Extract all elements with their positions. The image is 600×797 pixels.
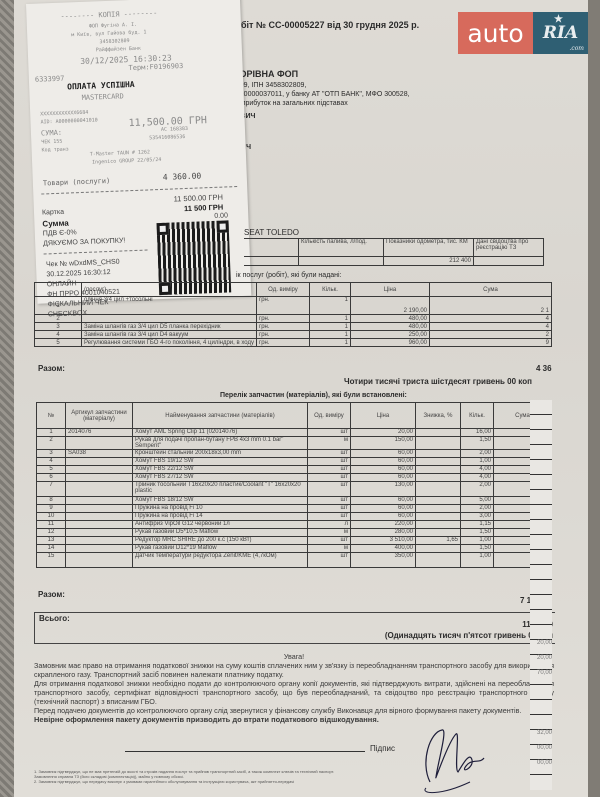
vehicle-table: Кількість палива, л/под. Показники одоме… (244, 238, 544, 266)
service-row: 2грн.1480,004 (35, 315, 552, 323)
part-price: 60,00 (351, 513, 416, 521)
part-price: 220,00 (351, 521, 416, 529)
invoice-title: біт № СС-00005227 від 30 грудня 2025 р. (241, 20, 419, 30)
part-no: 3 (37, 450, 66, 458)
edge-value (530, 475, 552, 490)
edge-value (530, 610, 552, 625)
service-name (82, 315, 257, 323)
part-price: 280,00 (351, 529, 416, 537)
part-name: Рукав для подачі пропан-бутану FPB 4x3 m… (133, 437, 308, 450)
signature-line (125, 751, 365, 752)
edge-value (530, 535, 552, 550)
service-sum: 2 (430, 331, 552, 339)
edge-value (530, 565, 552, 580)
seller-name: ІГОРІВНА ФОП (232, 70, 410, 79)
part-price: 350,00 (351, 553, 416, 568)
background-right (586, 0, 600, 797)
part-unit: шт (308, 553, 351, 568)
part-unit: м (308, 437, 351, 450)
part-unit: м (308, 529, 351, 537)
part-row: 6Хомут FBS 27/12 SWшт60,004,002 (37, 474, 552, 482)
part-qty: 1,00 (461, 537, 494, 545)
edge-value: 70,00 (530, 670, 552, 685)
part-price: 130,00 (351, 482, 416, 497)
part-row: 12014076Хомут AML Spring Clip 11 (020140… (37, 429, 552, 437)
part-no: 10 (37, 513, 66, 521)
part-disc (416, 437, 461, 450)
service-row: 4Заміна шлангів газ 3/4 цил D4 вакуумгрн… (35, 331, 552, 339)
service-row: 5Регулювання системи ГБО 4-го покоління,… (35, 339, 552, 347)
edge-value (530, 685, 552, 700)
service-unit: грн. (257, 339, 310, 347)
part-disc (416, 513, 461, 521)
part-no: 14 (37, 545, 66, 553)
part-art (66, 545, 133, 553)
part-qty: 2,00 (461, 505, 494, 513)
part-name: Рукав газовий D12*19 Maflow (133, 545, 308, 553)
part-qty: 16,00 (461, 429, 494, 437)
services-table: (послуг) Од. виміру Кільк. Ціна Сума 1ол… (34, 282, 552, 347)
part-art (66, 497, 133, 505)
service-qty: 1 (310, 297, 351, 315)
part-name: Антифриз VipOil G12 червоний 1л (133, 521, 308, 529)
tax-notice: Увага! Замовник має право на отримання п… (34, 652, 554, 724)
logo-ria: ★ RIA .com (533, 12, 588, 54)
grand-total-box: Всього: 11 500,0 (Одинадцять тисяч п'ятс… (34, 612, 555, 644)
part-row: 11Антифриз VipOil G12 червоний 1лл220,00… (37, 521, 552, 529)
part-row: 2Рукав для подачі пропан-бутану FPB 4x3 … (37, 437, 552, 450)
seller-info: ІГОРІВНА ФОП 2809, ІПН 3458302809, 00800… (232, 70, 410, 108)
part-art (66, 437, 133, 450)
part-no: 7 (37, 482, 66, 497)
seller-line3: на прибуток на загальних підставах (232, 99, 410, 108)
part-row: 5Хомут FBS 22/12 SWшт60,004,002 (37, 466, 552, 474)
part-unit: л (308, 521, 351, 529)
service-unit: грн. (257, 315, 310, 323)
receipt-status: ОПЛАТА УСПІШНА (67, 80, 135, 92)
autoria-logo: auto ★ RIA .com (458, 12, 588, 54)
part-row: 10Пружина на провід Fi 14шт60,003,00 (37, 513, 552, 521)
edge-value: 00,00 (530, 745, 552, 760)
grand-total-words: (Одинадцять тисяч п'ятсот гривень 00 коп (385, 631, 553, 640)
part-art: SA038 (66, 450, 133, 458)
part-no: 9 (37, 505, 66, 513)
part-art (66, 482, 133, 497)
service-unit: грн. (257, 331, 310, 339)
part-name: Датчик температури редуктора Zenit/KME (… (133, 553, 308, 568)
part-no: 4 (37, 458, 66, 466)
part-unit: шт (308, 429, 351, 437)
odometer-value: 212 400 (384, 257, 474, 266)
part-no: 2 (37, 437, 66, 450)
part-price: 400,00 (351, 545, 416, 553)
part-name: Хомут FBS 22/12 SW (133, 466, 308, 474)
part-art (66, 537, 133, 545)
part-name: Редуктор MRC SHIRE до 200 к.с (150 кВт) (133, 537, 308, 545)
part-unit: шт (308, 505, 351, 513)
part-name: Хомут FBS 18/12 SW (133, 497, 308, 505)
notice-title: Увага! (34, 652, 554, 661)
service-unit: грн. (257, 297, 310, 315)
service-qty: 1 (310, 339, 351, 347)
service-sum: 2 1 (430, 297, 552, 315)
part-qty: 2,00 (461, 482, 494, 497)
part-price: 60,00 (351, 458, 416, 466)
part-qty: 1,50 (461, 529, 494, 537)
footnotes: 1. Замовник підтверджує, що не має прете… (34, 769, 344, 784)
service-no: 2 (35, 315, 82, 323)
part-art (66, 553, 133, 568)
part-unit: м (308, 545, 351, 553)
part-disc (416, 474, 461, 482)
part-art (66, 505, 133, 513)
service-no: 3 (35, 323, 82, 331)
services-total-words: Чотири тисячі триста шістдесят гривень 0… (344, 377, 532, 386)
part-price: 60,00 (351, 474, 416, 482)
part-row: 7Трійник тосольний T16x20x20 пластик/Coo… (37, 482, 552, 497)
part-name: Пружина на провід Fi 10 (133, 505, 308, 513)
part-art: 2014076 (66, 429, 133, 437)
edge-value: 20,00 (530, 640, 552, 655)
part-no: 11 (37, 521, 66, 529)
service-sum: 4 (430, 323, 552, 331)
part-row: 15Датчик температури редуктора Zenit/KME… (37, 553, 552, 568)
part-disc (416, 521, 461, 529)
service-no: 1 (35, 297, 82, 315)
part-disc (416, 466, 461, 474)
part-qty: 5,00 (461, 497, 494, 505)
service-unit: грн. (257, 323, 310, 331)
part-name: Рукав газовий D5*10,5 Maflow (133, 529, 308, 537)
part-unit: шт (308, 466, 351, 474)
edge-value: 00,00 (530, 760, 552, 775)
part-no: 5 (37, 466, 66, 474)
part-unit: шт (308, 537, 351, 545)
edge-value (530, 550, 552, 565)
services-caption: ік послуг (робіт), які були надані: (236, 272, 342, 279)
part-unit: шт (308, 450, 351, 458)
parts-caption: Перелік запчастин (матеріалів), які були… (220, 392, 407, 399)
service-no: 5 (35, 339, 82, 347)
part-name: Пружина на провід Fi 14 (133, 513, 308, 521)
part-no: 15 (37, 553, 66, 568)
services-total-value: 4 36 (536, 364, 552, 373)
part-row: 12Рукав газовий D5*10,5 Maflowм280,001,5… (37, 529, 552, 537)
part-no: 12 (37, 529, 66, 537)
service-name: оління 3/4 цил +тосольні (82, 297, 257, 315)
parts-total-label: Разом: (38, 590, 65, 599)
part-no: 13 (37, 537, 66, 545)
part-disc (416, 458, 461, 466)
part-art (66, 521, 133, 529)
part-qty: 1,15 (461, 521, 494, 529)
service-no: 4 (35, 331, 82, 339)
part-disc (416, 505, 461, 513)
handwritten-signature (400, 722, 490, 797)
grand-total-label: Всього: (39, 614, 70, 623)
check-number: Чек № wDxdMS_CHS0 (46, 259, 120, 269)
part-price: 60,00 (351, 505, 416, 513)
service-price: 480,00 (351, 315, 430, 323)
seller-line1: 2809, ІПН 3458302809, (232, 81, 410, 90)
part-qty: 1,50 (461, 545, 494, 553)
edge-value (530, 490, 552, 505)
service-qty: 1 (310, 323, 351, 331)
edge-value: 20,00 (530, 655, 552, 670)
service-name: Заміна шлангів газ 3/4 цил D5 планка пер… (82, 323, 257, 331)
part-qty: 4,00 (461, 474, 494, 482)
service-qty: 1 (310, 331, 351, 339)
part-name: Хомут AML Spring Clip 11 (02014076) (133, 429, 308, 437)
service-price: 2 190,00 (351, 297, 430, 315)
part-unit: шт (308, 497, 351, 505)
part-no: 1 (37, 429, 66, 437)
part-disc (416, 529, 461, 537)
part-price: 60,00 (351, 497, 416, 505)
service-price: 960,00 (351, 339, 430, 347)
part-disc (416, 497, 461, 505)
part-disc (416, 429, 461, 437)
signature-label: Підпис (370, 744, 395, 753)
part-price: 3 510,00 (351, 537, 416, 545)
part-price: 20,00 (351, 429, 416, 437)
edge-value: 32,00 (530, 730, 552, 745)
part-unit: шт (308, 513, 351, 521)
overlapping-page-edge: 20,0020,0070,0032,0000,0000,00 (530, 400, 552, 790)
part-qty: 1,00 (461, 458, 494, 466)
services-total-label: Разом: (38, 364, 65, 373)
receipt-copy: -------- КОПІЯ -------- (60, 9, 157, 21)
part-art (66, 466, 133, 474)
part-qty: 3,00 (461, 513, 494, 521)
part-row: 8Хомут FBS 18/12 SWшт60,005,00 (37, 497, 552, 505)
part-unit: шт (308, 458, 351, 466)
service-sum: 4 (430, 315, 552, 323)
edge-value (530, 580, 552, 595)
edge-value (530, 400, 552, 415)
part-row: 13Редуктор MRC SHIRE до 200 к.с (150 кВт… (37, 537, 552, 545)
part-disc (416, 482, 461, 497)
part-row: 4Хомут FBS 19/12 SWшт60,001,00 (37, 458, 552, 466)
part-qty: 2,00 (461, 450, 494, 458)
star-icon: ★ (554, 14, 563, 25)
part-no: 8 (37, 497, 66, 505)
edge-value (530, 625, 552, 640)
part-row: 3SA038Кронштейн стальний 200x18x3,00 mmш… (37, 450, 552, 458)
part-name: Кронштейн стальний 200x18x3,00 mm (133, 450, 308, 458)
part-art (66, 513, 133, 521)
part-unit: шт (308, 474, 351, 482)
service-row: 3Заміна шлангів газ 3/4 цил D5 планка пе… (35, 323, 552, 331)
part-qty: 1,50 (461, 437, 494, 450)
edge-value (530, 715, 552, 730)
service-qty: 1 (310, 315, 351, 323)
part-disc (416, 553, 461, 568)
service-price: 480,00 (351, 323, 430, 331)
part-disc (416, 545, 461, 553)
logo-auto: auto (458, 12, 533, 54)
part-qty: 4,00 (461, 466, 494, 474)
service-name: Заміна шлангів газ 3/4 цил D4 вакуум (82, 331, 257, 339)
service-row: 1оління 3/4 цил +тосольнігрн.12 190,002 … (35, 297, 552, 315)
part-row: 9Пружина на провід Fi 10шт60,002,00 (37, 505, 552, 513)
part-price: 60,00 (351, 450, 416, 458)
edge-value (530, 415, 552, 430)
edge-value (530, 595, 552, 610)
payment-receipt: -------- КОПІЯ -------- ФОП Фугіна А. І.… (26, 0, 251, 304)
service-price: 250,00 (351, 331, 430, 339)
vehicle-model: SEAT TOLEDO (244, 228, 299, 237)
parts-table: № Артикул запчастини (матеріалу) Наймену… (36, 402, 552, 568)
part-art (66, 458, 133, 466)
part-name: Трійник тосольний T16x20x20 пластик/Cool… (133, 482, 308, 497)
part-name: Хомут FBS 27/12 SW (133, 474, 308, 482)
edge-value (530, 505, 552, 520)
edge-value (530, 430, 552, 445)
part-art (66, 529, 133, 537)
part-disc: 1,65 (416, 537, 461, 545)
part-row: 14Рукав газовий D12*19 Maflowм400,001,50 (37, 545, 552, 553)
edge-value (530, 460, 552, 475)
edge-value (530, 700, 552, 715)
seller-line2: 0080000037011, у банку АТ "ОТП БАНК", МФ… (232, 90, 410, 99)
part-name: Хомут FBS 19/12 SW (133, 458, 308, 466)
part-unit: шт (308, 482, 351, 497)
part-disc (416, 450, 461, 458)
part-price: 60,00 (351, 466, 416, 474)
edge-value (530, 445, 552, 460)
part-price: 150,00 (351, 437, 416, 450)
part-qty: 1,00 (461, 553, 494, 568)
service-sum: 9 (430, 339, 552, 347)
service-name: Регулювання системи ГБО 4-го покоління, … (82, 339, 257, 347)
part-no: 6 (37, 474, 66, 482)
edge-value (530, 520, 552, 535)
part-art (66, 474, 133, 482)
